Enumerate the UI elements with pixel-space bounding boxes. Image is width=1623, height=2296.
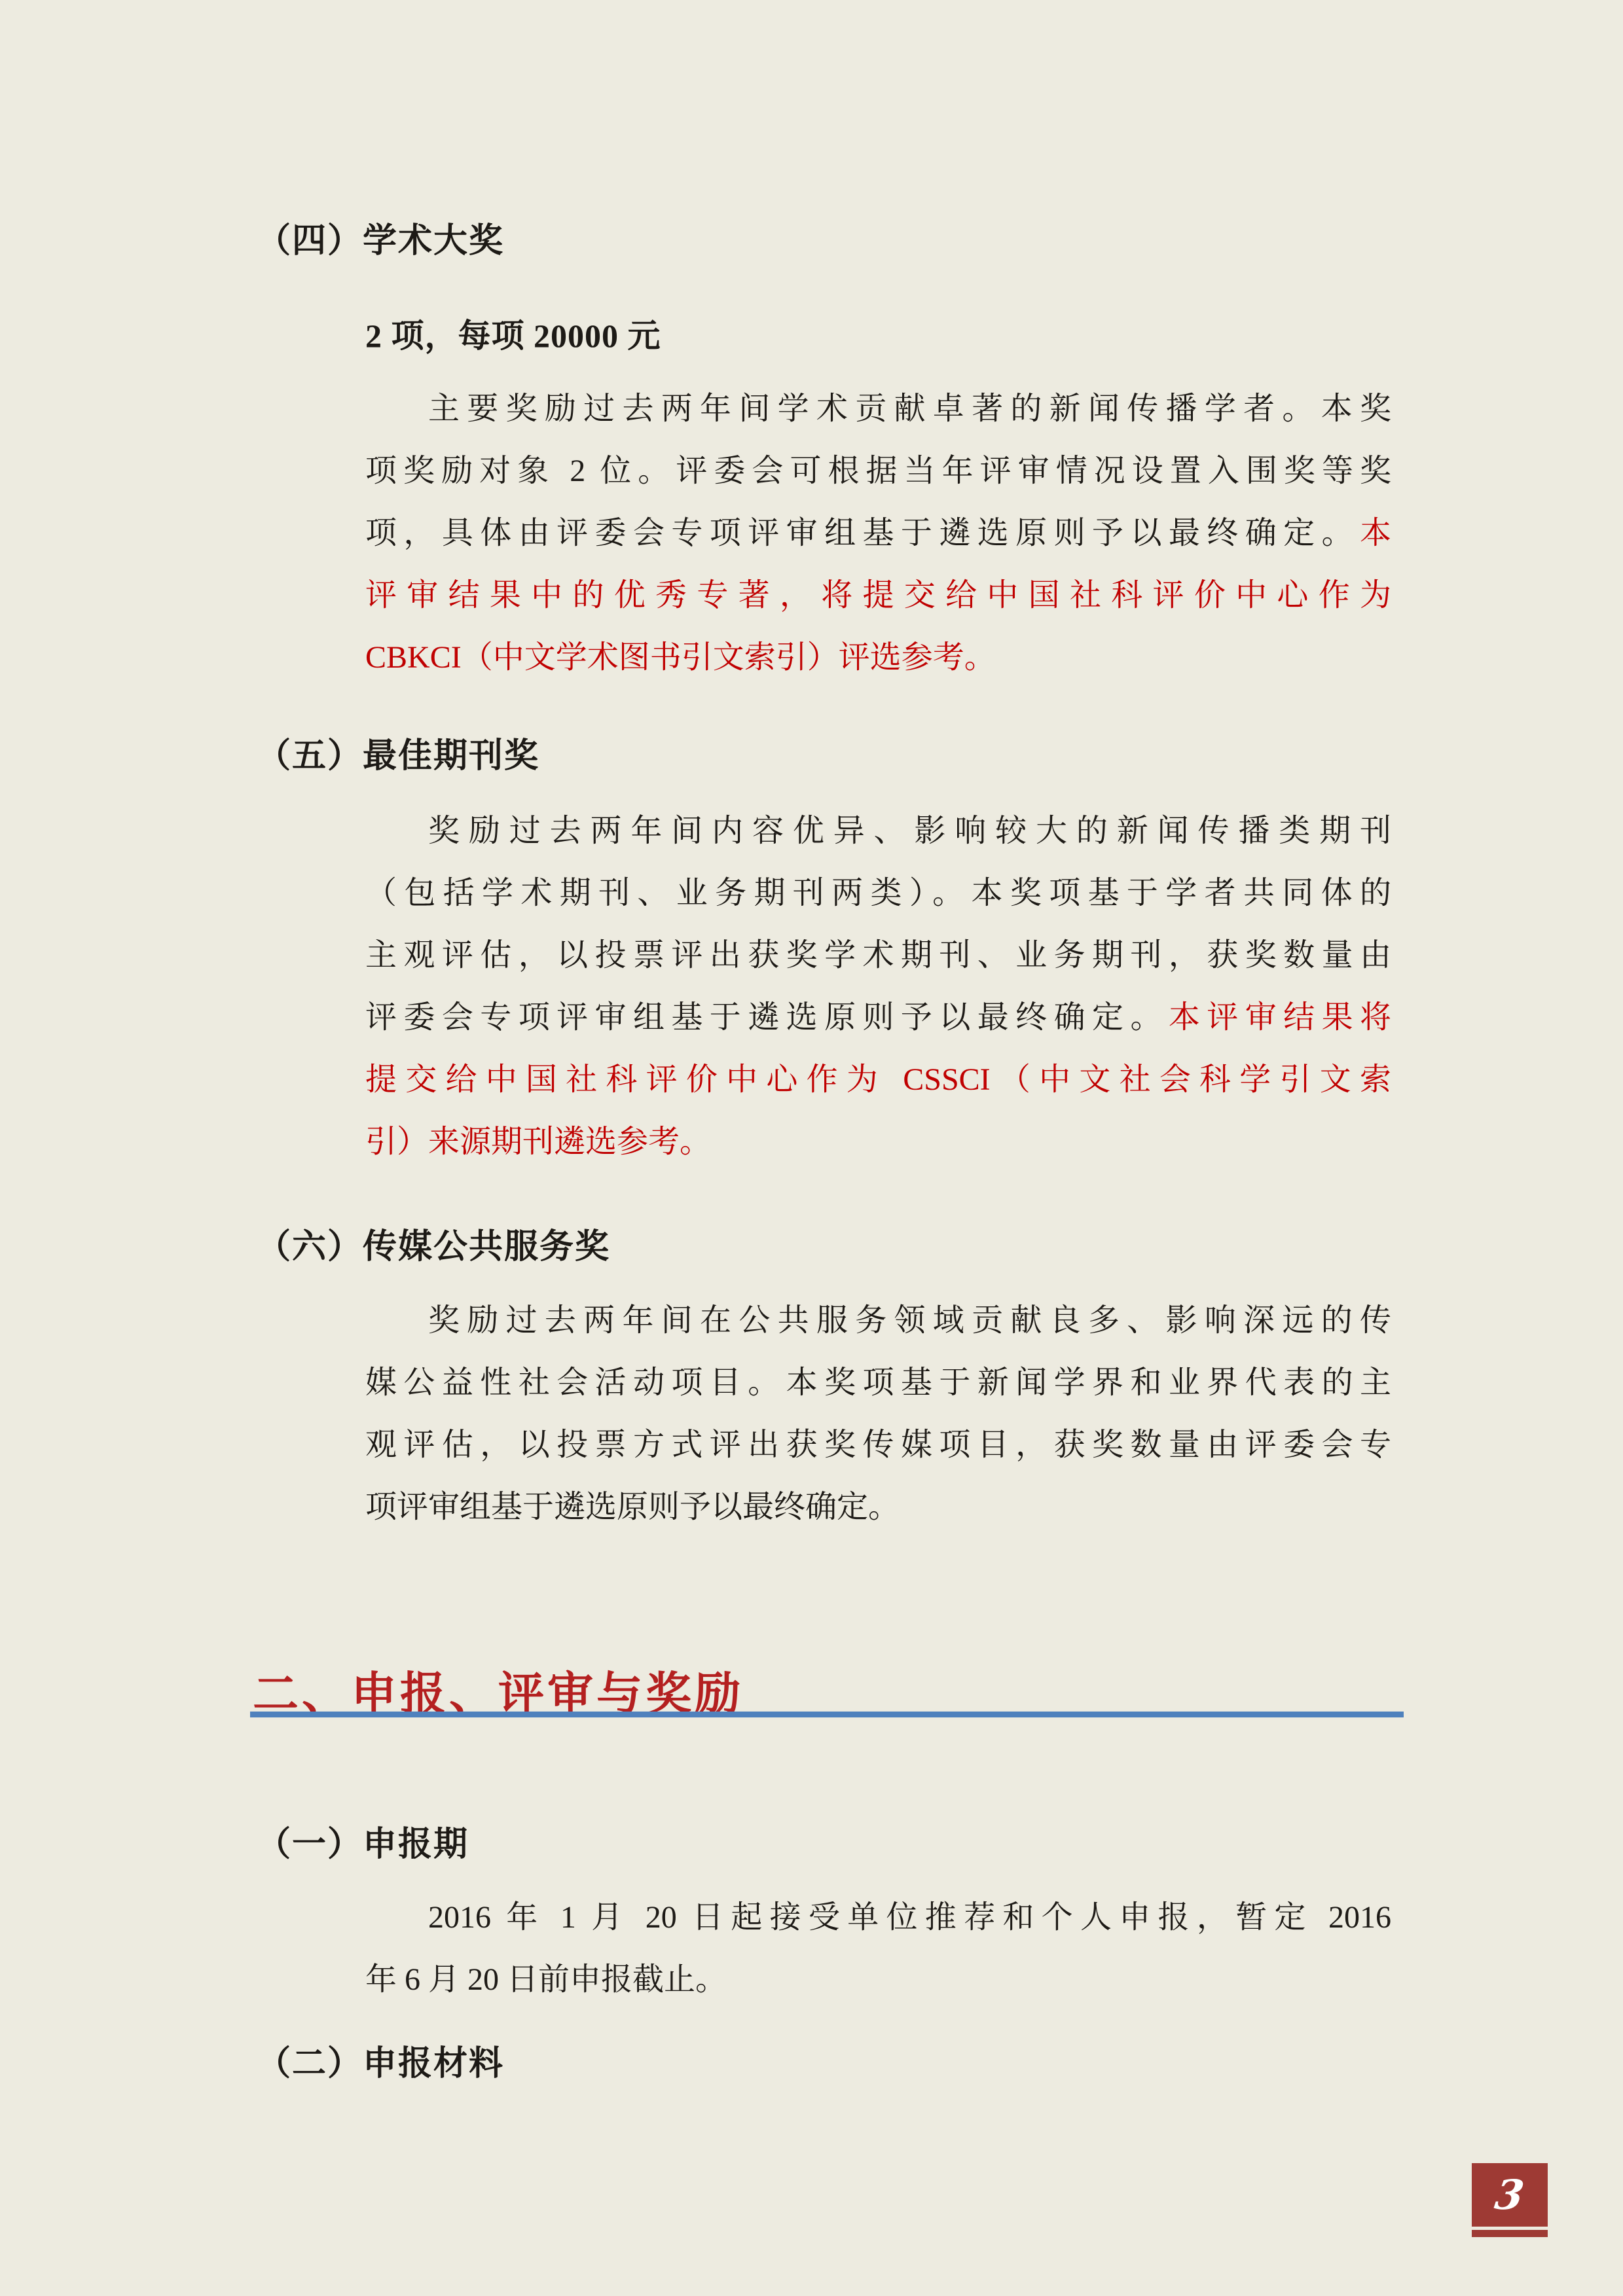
red-text-segment: 提交给中国社科评价中心作为 CSSCI（中文社会科学引文索: [365, 1062, 1391, 1097]
paragraph-application-period: 2016 年 1 月 20 日起接受单位推荐和个人申报，暂定 2016年 6 月…: [365, 1886, 1391, 2011]
text-segment: 主要奖励过去两年间学术贡献卓著的新闻传播学者。本奖: [428, 391, 1391, 426]
page-number-badge: 3: [1472, 2163, 1548, 2227]
text-segment: 项，具体由评委会专项评审组基于遴选原则予以最终确定。: [365, 516, 1360, 550]
paragraph-line: 项，具体由评委会专项评审组基于遴选原则予以最终确定。本: [365, 502, 1391, 564]
heading-award-5: （五）最佳期刊奖: [257, 728, 539, 777]
red-text-segment: 引）来源期刊遴选参考。: [365, 1124, 711, 1159]
heading-award-6: （六）传媒公共服务奖: [257, 1219, 610, 1268]
paragraph-line: 主要奖励过去两年间学术贡献卓著的新闻传播学者。本奖: [365, 378, 1391, 440]
text-segment: 奖励过去两年间在公共服务领域贡献良多、影响深远的传: [428, 1303, 1391, 1338]
heading-apply-2: （二）申报材料: [257, 2036, 504, 2085]
text-segment: 2016 年 1 月 20 日起接受单位推荐和个人申报，暂定 2016: [428, 1900, 1391, 1935]
red-text-segment: 本: [1360, 516, 1391, 550]
text-segment: 观评估，以投票方式评出获奖传媒项目，获奖数量由评委会专: [365, 1427, 1391, 1462]
page-number-strip: [1472, 2230, 1548, 2237]
red-text-segment: CBKCI（中文学术图书引文索引）评选参考。: [365, 640, 996, 675]
paragraph-line: 评审结果中的优秀专著，将提交给中国社科评价中心作为: [365, 564, 1391, 626]
paragraph-line: 奖励过去两年间在公共服务领域贡献良多、影响深远的传: [365, 1289, 1391, 1352]
paragraph-academic-award: 主要奖励过去两年间学术贡献卓著的新闻传播学者。本奖项奖励对象 2 位。评委会可根…: [365, 378, 1391, 689]
text-segment: 项奖励对象 2 位。评委会可根据当年评审情况设置入围奖等奖: [365, 454, 1391, 488]
paragraph-line: 媒公益性社会活动项目。本奖项基于新闻学界和业界代表的主: [365, 1352, 1391, 1414]
paragraph-line: 项奖励对象 2 位。评委会可根据当年评审情况设置入围奖等奖: [365, 440, 1391, 502]
award-4-quota-line: 2 项，每项 20000 元: [365, 310, 661, 357]
heading-award-4: （四）学术大奖: [257, 213, 504, 262]
paragraph-line: 主观评估，以投票评出获奖学术期刊、业务期刊，获奖数量由: [365, 924, 1391, 986]
section-title-underline: [250, 1712, 1404, 1717]
paragraph-public-service: 奖励过去两年间在公共服务领域贡献良多、影响深远的传媒公益性社会活动项目。本奖项基…: [365, 1289, 1391, 1538]
text-segment: 项评审组基于遴选原则予以最终确定。: [365, 1490, 900, 1524]
paragraph-line: 引）来源期刊遴选参考。: [365, 1111, 1391, 1173]
text-segment: 奖励过去两年间内容优异、影响较大的新闻传播类期刊: [428, 814, 1391, 848]
paragraph-line: 项评审组基于遴选原则予以最终确定。: [365, 1476, 1391, 1538]
paragraph-line: 年 6 月 20 日前申报截止。: [365, 1948, 1391, 2011]
red-text-segment: 本评审结果将: [1169, 1000, 1391, 1035]
paragraph-best-journal: 奖励过去两年间内容优异、影响较大的新闻传播类期刊（包括学术期刊、业务期刊两类）。…: [365, 800, 1391, 1173]
paragraph-line: 2016 年 1 月 20 日起接受单位推荐和个人申报，暂定 2016: [365, 1886, 1391, 1948]
text-segment: 媒公益性社会活动项目。本奖项基于新闻学界和业界代表的主: [365, 1365, 1391, 1400]
text-segment: （包括学术期刊、业务期刊两类）。本奖项基于学者共同体的: [365, 876, 1391, 910]
red-text-segment: 评审结果中的优秀专著，将提交给中国社科评价中心作为: [365, 578, 1391, 613]
text-segment: 年 6 月 20 日前申报截止。: [365, 1962, 727, 1997]
paragraph-line: 提交给中国社科评价中心作为 CSSCI（中文社会科学引文索: [365, 1049, 1391, 1111]
document-page: （四）学术大奖 2 项，每项 20000 元 主要奖励过去两年间学术贡献卓著的新…: [0, 0, 1623, 2296]
text-segment: 评委会专项评审组基于遴选原则予以最终确定。: [365, 1000, 1169, 1035]
paragraph-line: （包括学术期刊、业务期刊两类）。本奖项基于学者共同体的: [365, 862, 1391, 924]
page-number: 3: [1492, 2171, 1527, 2219]
paragraph-line: 观评估，以投票方式评出获奖传媒项目，获奖数量由评委会专: [365, 1414, 1391, 1476]
heading-apply-1: （一）申报期: [257, 1816, 469, 1865]
text-segment: 主观评估，以投票评出获奖学术期刊、业务期刊，获奖数量由: [365, 938, 1391, 973]
paragraph-line: 奖励过去两年间内容优异、影响较大的新闻传播类期刊: [365, 800, 1391, 862]
paragraph-line: CBKCI（中文学术图书引文索引）评选参考。: [365, 626, 1391, 689]
paragraph-line: 评委会专项评审组基于遴选原则予以最终确定。本评审结果将: [365, 986, 1391, 1049]
